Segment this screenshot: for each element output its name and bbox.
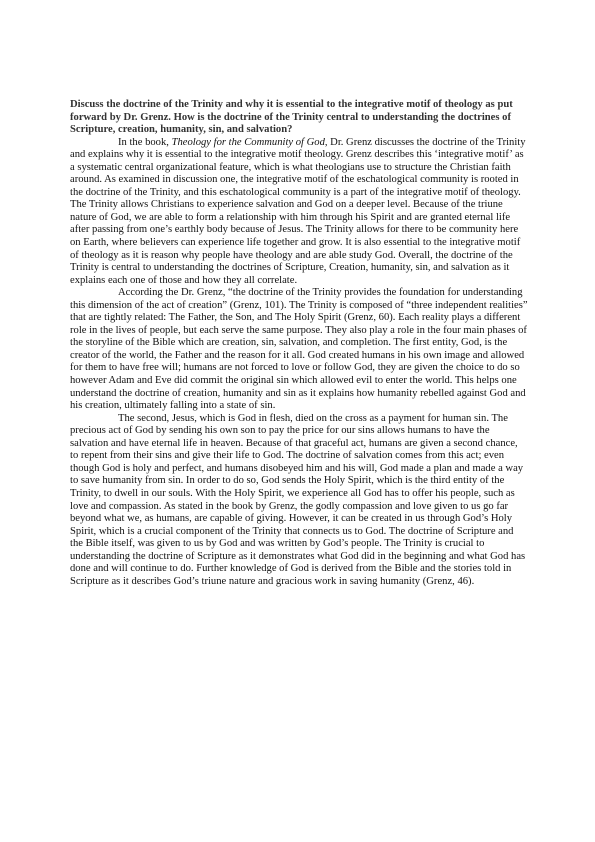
document-page: Discuss the doctrine of the Trinity and … [70, 99, 528, 588]
paragraph-1: In the book, Theology for the Community … [70, 137, 528, 288]
paragraph-1-prefix: In the book, [118, 137, 172, 148]
paragraph-3: The second, Jesus, which is God in flesh… [70, 413, 528, 589]
paragraph-2: According the Dr. Grenz, “the doctrine o… [70, 287, 528, 412]
book-title: Theology for the Community of God [172, 137, 325, 148]
paragraph-1-body: , Dr. Grenz discusses the doctrine of th… [70, 137, 526, 286]
essay-question-heading: Discuss the doctrine of the Trinity and … [70, 99, 528, 137]
